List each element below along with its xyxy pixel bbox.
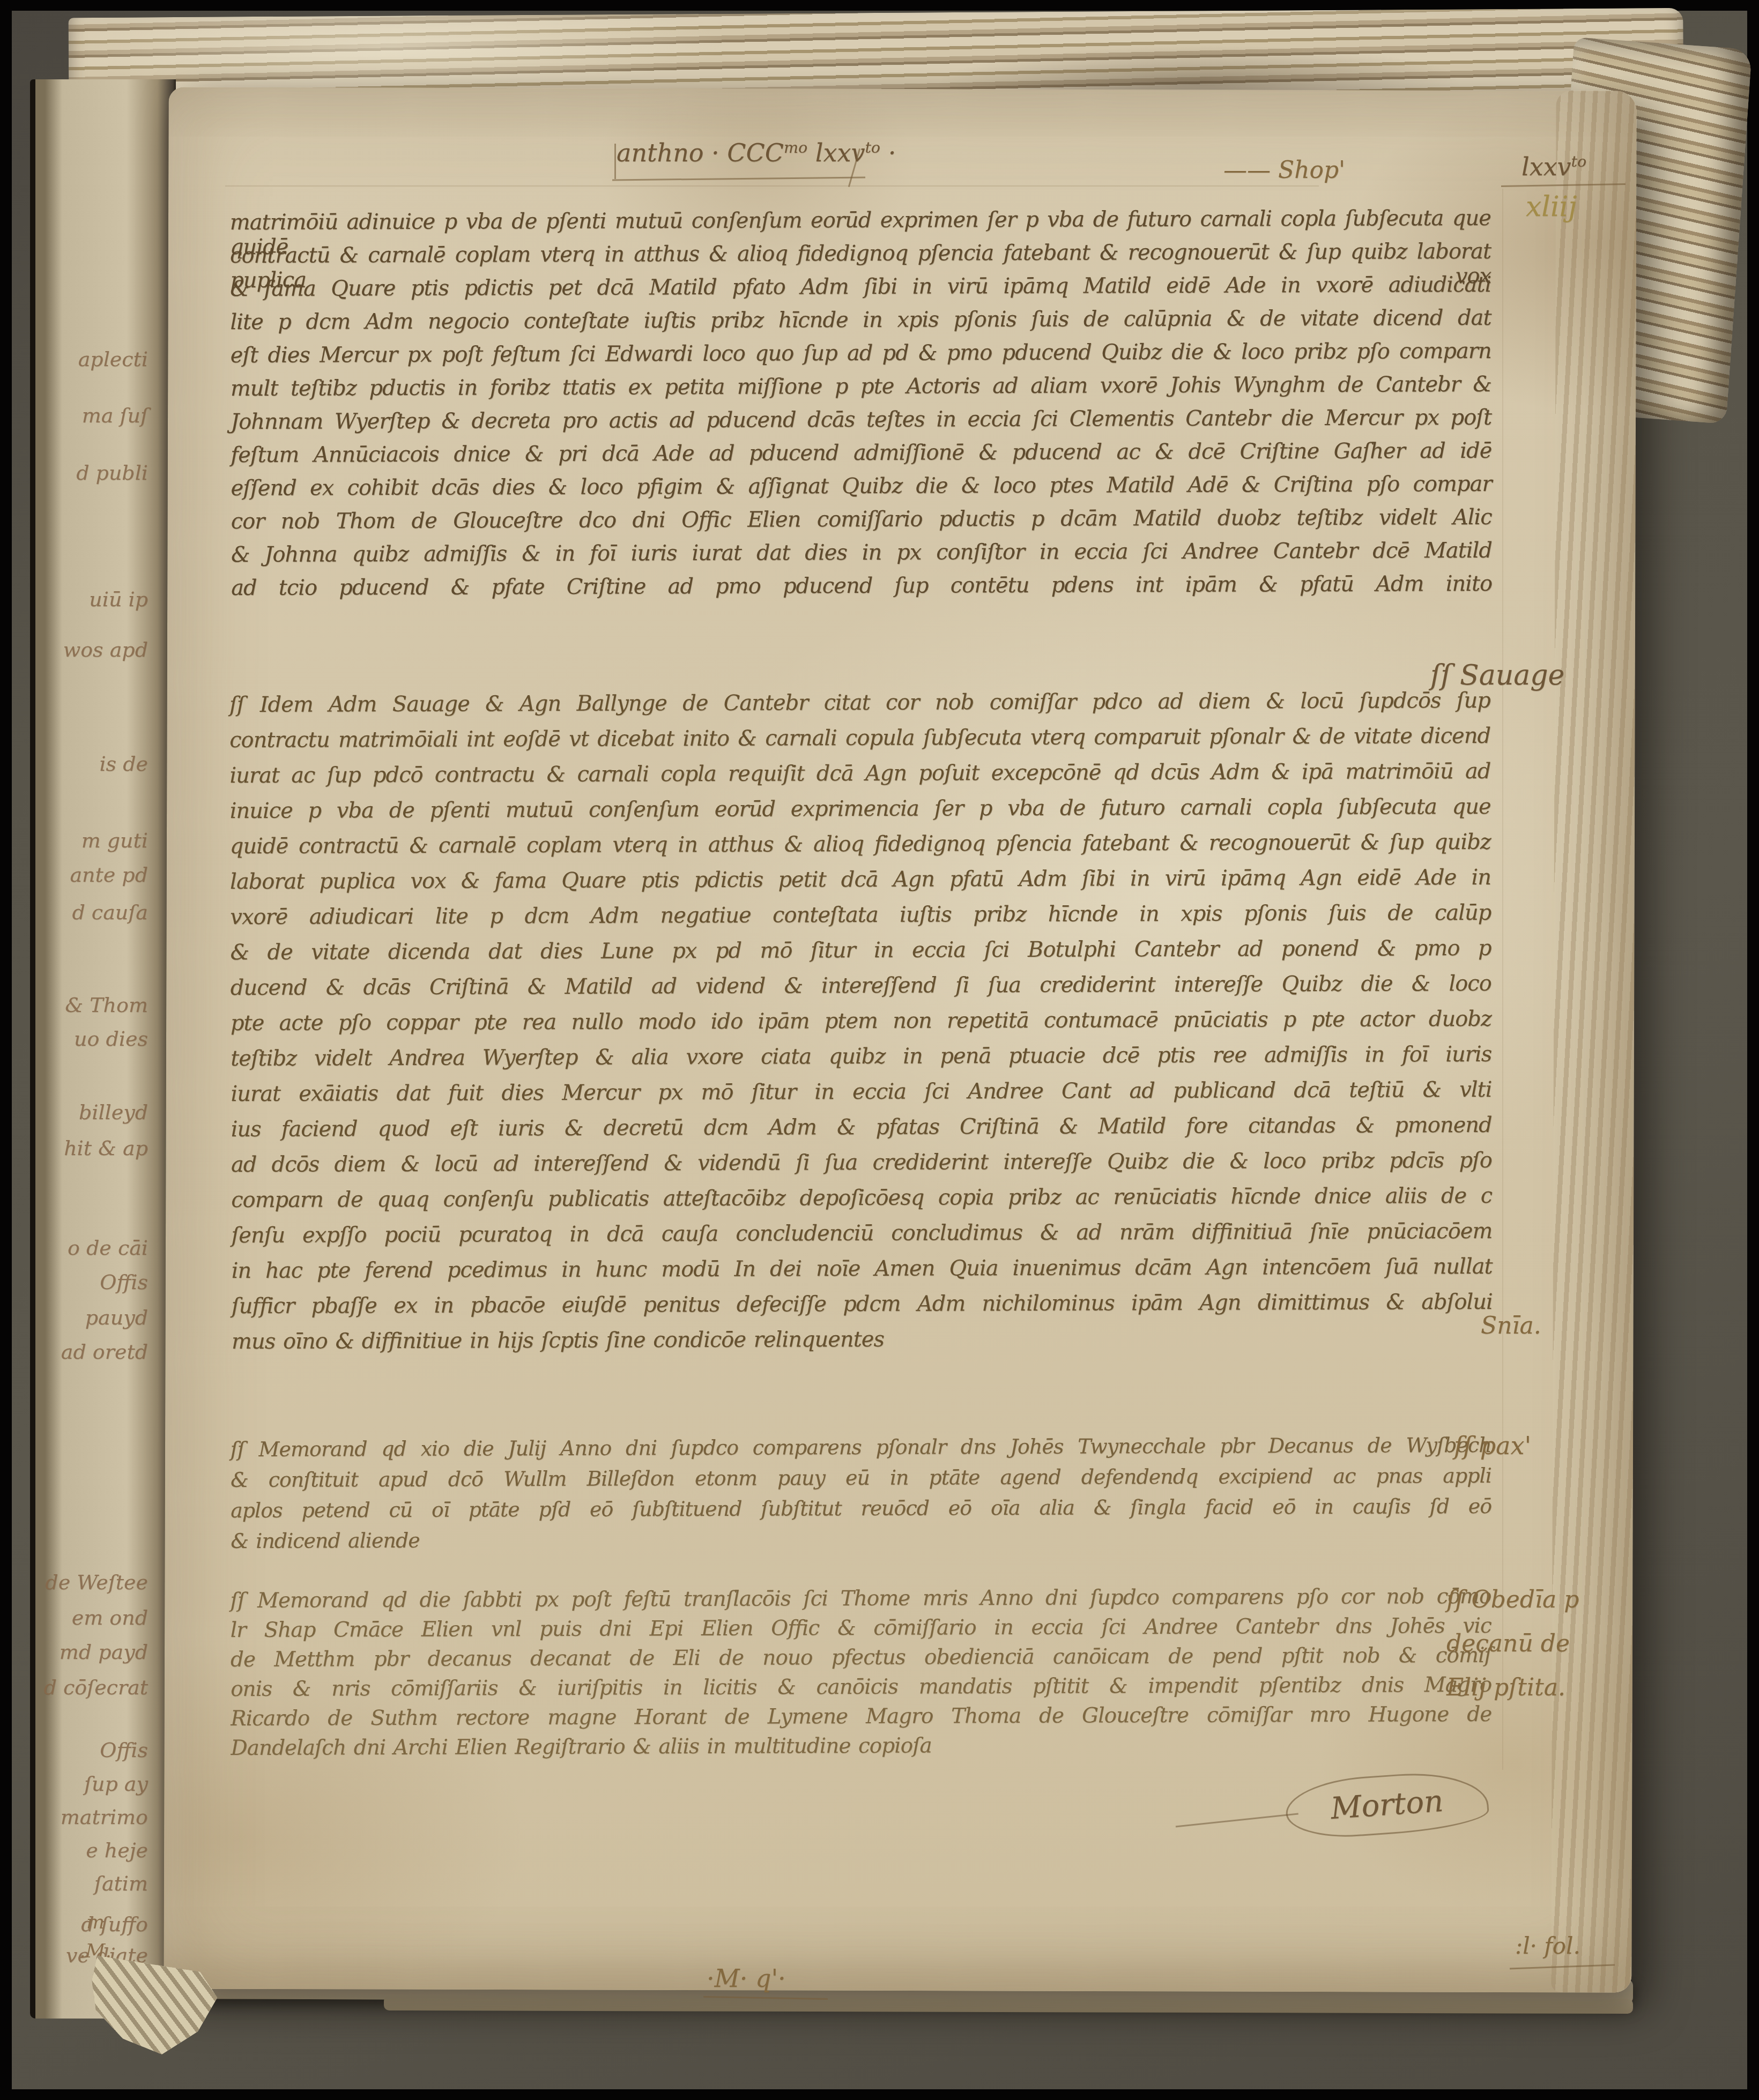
shop-marginal-note: —— Shop' (1223, 157, 1345, 184)
manuscript-line: comparn de quaq conſenſu publicatis atte… (231, 1183, 1492, 1223)
manuscript-line: contractu matrimōiali int eoſdē vt diceb… (229, 724, 1490, 763)
facing-page-text-fragment: d cauſa (72, 900, 148, 924)
manuscript-line: teſtibz videlt Andrea Wyerſtep & alia vx… (231, 1042, 1491, 1082)
facing-page-text-fragment: billeyd (79, 1100, 148, 1124)
manuscript-line: ſenſu expſſo pociū pcuratoq in dcā cauſa… (231, 1219, 1492, 1258)
manuscript-line: cor nob Thom de Glouceſtre dco dni Offic… (231, 505, 1492, 542)
facing-page-text-fragment: & Thom (65, 993, 148, 1017)
manuscript-line: & de vitate dicenda dat dies Lune px pd … (230, 936, 1491, 975)
manuscript-line: feſtum Annūciacois dnice & pri dcā Ade a… (231, 438, 1491, 476)
manuscript-line: Dandelaſch dni Archi Elien Regiſtrario &… (231, 1732, 1491, 1766)
facing-page-text-fragment: d cōſecrat (44, 1675, 149, 1699)
manuscript-line: laborat puplica vox & fama Quare ptis pd… (230, 865, 1491, 905)
obedientia-line-2: decanū de (1446, 1622, 1579, 1666)
manuscript-line: pte acte pſo coppar pte rea nullo modo i… (231, 1007, 1491, 1046)
facing-page-text-fragment: de Weſtee (45, 1570, 148, 1594)
manuscript-line: mus oīno & diffinitiue in hijs ſcptis ſi… (232, 1325, 1493, 1365)
facing-page-text-fragment: matrimo (61, 1805, 148, 1829)
facing-page-text-fragment: pauyd (85, 1306, 148, 1329)
facing-page-text-fragment: Offis (100, 1270, 148, 1294)
manuscript-line: inuice p vba de pſenti mutuū conſenſum e… (230, 794, 1491, 834)
manuscript-line: in hac pte ferend pcedimus in hunc modū … (232, 1254, 1493, 1294)
vertical-crease (1502, 189, 1503, 1770)
year-heading-left-tick (614, 144, 616, 179)
manuscript-line: ſſ Idem Adm Sauage & Agn Ballynge de Can… (229, 688, 1490, 728)
facing-page-sliver: aplectima ſuſd publiuiū ipwos apdis dem … (30, 79, 176, 2019)
manuscript-line: ius faciend quod eſt iuris & decretū dcm… (231, 1113, 1492, 1152)
facing-quire-line-1: m (63, 1908, 128, 1937)
manuscript-line: matrimōiū adinuice p vba de pſenti mutuū… (230, 206, 1491, 243)
manuscript-line: aplos petend cū oī ptāte pſd eō ſubſtitu… (231, 1494, 1491, 1529)
body-paragraph-2: ſſ Idem Adm Sauage & Agn Ballynge de Can… (229, 688, 1493, 1365)
manuscript-line: ad dcōs diem & locū ad intereſſend & vid… (231, 1148, 1492, 1188)
facing-page-text-fragment: uiū ip (89, 587, 148, 611)
horizontal-crease (225, 185, 1319, 187)
facing-page-text-fragment: o de cāi (68, 1236, 148, 1260)
facing-page-text-fragment: md payd (60, 1640, 148, 1664)
manuscript-line: eſt dies Mercur px poſt feſtum ſci Edwar… (231, 339, 1491, 376)
folio-number: xliij (1526, 191, 1577, 223)
facing-page-text-fragment: em ond (72, 1606, 148, 1629)
facing-page-text-fragment: e heje (86, 1838, 148, 1862)
manuscript-line: eſſend ex cohibit dcās dies & loco pfigi… (231, 472, 1491, 509)
facing-page-text-fragment: ad oretd (61, 1340, 148, 1364)
marginal-note-obedientia: ſſ Obedīa p decanū de Elij pſtita. (1446, 1578, 1579, 1710)
marginal-note-savage: ſſ Sauage (1430, 659, 1564, 691)
facing-page-text-fragment: ma ſuſ (82, 404, 148, 427)
manuscript-photo: aplectima ſuſd publiuiū ipwos apdis dem … (0, 0, 1759, 2100)
facing-page-text-fragment: d publi (76, 461, 148, 485)
manuscript-line: Johnnam Wyerſtep & decreta pro actis ad … (231, 405, 1491, 443)
body-paragraph-3: ſſ Memorand qd xio die Julij Anno dni ſu… (231, 1433, 1492, 1560)
manuscript-line: lr Shap Cmāce Elien vnl puis dni Epi Eli… (231, 1614, 1491, 1648)
marginal-note-pax: ſſ pax' (1454, 1431, 1531, 1460)
facing-page-text-fragment: m guti (81, 829, 148, 852)
manuscript-line: ſſ Memorand qd xio die Julij Anno dni ſu… (231, 1433, 1491, 1468)
facing-page-text-fragment: ante pd (70, 863, 148, 887)
obedientia-line-3: Elij pſtita. (1446, 1666, 1579, 1710)
manuscript-line: ad tcio pducend & pfate Criſtine ad pmo … (231, 571, 1492, 609)
manuscript-line: iurat ac ſup pdcō contractu & carnali co… (229, 759, 1490, 799)
year-heading: anthno · CCCmo lxxvto · (617, 138, 896, 167)
fol-note: :l· fol. (1515, 1933, 1580, 1959)
body-paragraph-4: ſſ Memorand qd die ſabbti px poſt feſtū … (230, 1584, 1491, 1766)
body-paragraph-1: matrimōiū adinuice p vba de pſenti mutuū… (230, 206, 1493, 609)
facing-page-text-fragment: uo dies (74, 1027, 148, 1051)
obedientia-line-1: ſſ Obedīa p (1446, 1578, 1579, 1622)
marginal-note-sententia: Snīa. (1481, 1312, 1541, 1339)
registrar-signature: Morton (1330, 1783, 1444, 1826)
manuscript-line: & Johnna quibz admiſſis & in foī iuris i… (231, 538, 1492, 576)
manuscript-line: lite p dcm Adm negocio conteſtate iuſtis… (230, 306, 1491, 343)
manuscript-line: & fama Quare ptis pdictis pet dcā Matild… (230, 272, 1491, 310)
manuscript-line: & indicend aliende (231, 1525, 1491, 1560)
facing-page-text-fragment: Offis (100, 1738, 148, 1762)
quire-mark: ·M· q'· (707, 1964, 786, 1993)
manuscript-line: contractū & carnalē coplam vterq in atth… (230, 239, 1491, 277)
manuscript-line: mult teſtibz pductis in foribz ttatis ex… (231, 372, 1491, 409)
manuscript-line: ſufficr pbaſſe ex in pbacōe eiuſdē penit… (232, 1290, 1493, 1329)
facing-page-text-fragment: hit & ap (64, 1136, 148, 1160)
manuscript-line: de Metthm pbr decanus decanat de Eli de … (231, 1643, 1491, 1677)
manuscript-line: onis & nris cōmiſſariis & iuriſpitis in … (231, 1673, 1491, 1707)
manuscript-line: & conſtituit apud dcō Wullm Billeſdon et… (231, 1464, 1491, 1499)
facing-page-text-fragment: ſup ay (84, 1772, 148, 1796)
grade-mark: lxxvto (1522, 152, 1586, 181)
facing-page-quire-mark: m .M. (63, 1908, 128, 1966)
manuscript-line: quidē contractū & carnalē coplam vterq i… (230, 830, 1491, 869)
manuscript-line: ducend & dcās Criſtinā & Matild ad viden… (231, 971, 1491, 1011)
manuscript-line: vxorē adiudicari lite p dcm Adm negatiue… (230, 900, 1491, 940)
facing-page-text-fragment: aplecti (78, 347, 148, 371)
facing-page-text-fragment: ſatim (94, 1872, 148, 1895)
facing-page-text-fragment: is de (99, 752, 148, 776)
facing-page-text-fragment: wos apd (63, 638, 148, 661)
manuscript-line: iurat exāiatis dat fuit dies Mercur px m… (231, 1077, 1491, 1117)
manuscript-line: ſſ Memorand qd die ſabbti px poſt feſtū … (230, 1584, 1491, 1618)
manuscript-line: Ricardo de Suthm rectore magne Horant de… (231, 1702, 1491, 1736)
